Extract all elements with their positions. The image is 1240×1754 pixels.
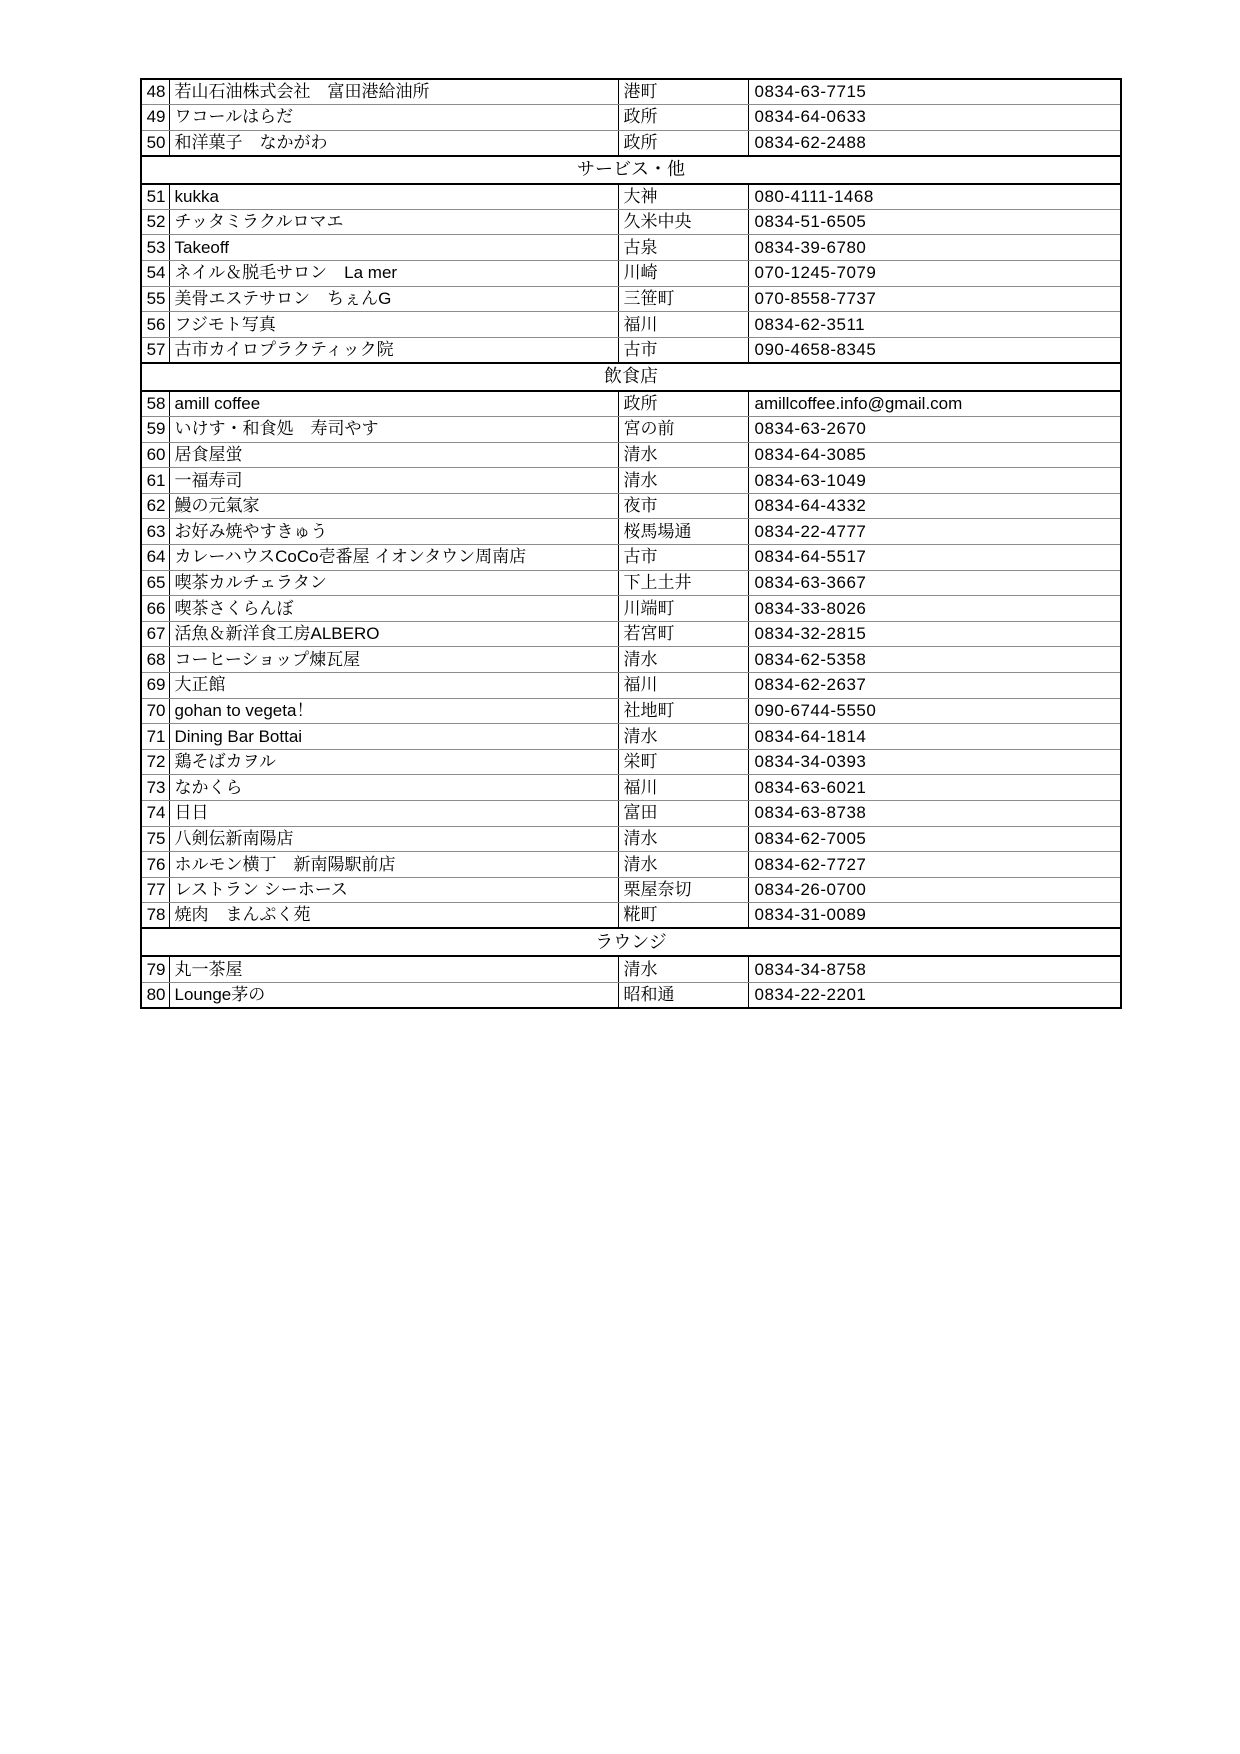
contact-cell: 0834-34-8758 [748,956,1121,982]
business-name-cell: 八剣伝新南陽店 [169,826,618,852]
section-header-label: ラウンジ [141,928,1121,956]
contact-cell: 0834-62-2637 [748,672,1121,698]
contact-cell: 0834-63-6021 [748,775,1121,801]
business-name-cell: 美骨エステサロン ちぇんG [169,286,618,312]
contact-cell: 0834-62-3511 [748,312,1121,338]
table-row: 65喫茶カルチェラタン下上土井0834-63-3667 [141,570,1121,596]
district-cell: 川崎 [618,261,748,287]
row-number-cell: 70 [141,698,169,724]
row-number-cell: 53 [141,235,169,261]
table-row: 75八剣伝新南陽店清水0834-62-7005 [141,826,1121,852]
table-row: 61一福寿司清水0834-63-1049 [141,468,1121,494]
contact-cell: 0834-63-1049 [748,468,1121,494]
row-number-cell: 57 [141,337,169,363]
row-number-cell: 69 [141,672,169,698]
row-number-cell: 80 [141,982,169,1008]
business-name-cell: チッタミラクルロマエ [169,209,618,235]
contact-cell: 090-6744-5550 [748,698,1121,724]
row-number-cell: 52 [141,209,169,235]
contact-cell: 0834-32-2815 [748,621,1121,647]
table-row: 52チッタミラクルロマエ久米中央0834-51-6505 [141,209,1121,235]
contact-cell: 0834-33-8026 [748,596,1121,622]
section-header-row: サービス・他 [141,156,1121,184]
business-name-cell: Lounge茅の [169,982,618,1008]
table-row: 50和洋菓子 なかがわ政所0834-62-2488 [141,130,1121,156]
business-name-cell: 一福寿司 [169,468,618,494]
contact-cell: 0834-62-7727 [748,852,1121,878]
district-cell: 政所 [618,130,748,156]
district-cell: 若宮町 [618,621,748,647]
contact-cell: 0834-63-7715 [748,79,1121,105]
row-number-cell: 65 [141,570,169,596]
district-cell: 大神 [618,184,748,210]
business-name-cell: フジモト写真 [169,312,618,338]
section-header-row: ラウンジ [141,928,1121,956]
row-number-cell: 49 [141,105,169,131]
business-name-cell: いけす・和食処 寿司やす [169,417,618,443]
document-page: 48若山石油株式会社 富田港給油所港町0834-63-771549ワコールはらだ… [0,0,1240,1754]
section-header-label: 飲食店 [141,363,1121,391]
district-cell: 福川 [618,672,748,698]
section-header-label: サービス・他 [141,156,1121,184]
district-cell: 富田 [618,800,748,826]
table-row: 67活魚＆新洋食工房ALBERO若宮町0834-32-2815 [141,621,1121,647]
row-number-cell: 77 [141,877,169,903]
contact-cell: 0834-63-2670 [748,417,1121,443]
business-name-cell: カレーハウスCoCo壱番屋 イオンタウン周南店 [169,545,618,571]
district-cell: 政所 [618,391,748,417]
table-row: 57古市カイロプラクティック院古市090-4658-8345 [141,337,1121,363]
table-row: 79丸一茶屋清水0834-34-8758 [141,956,1121,982]
business-name-cell: Dining Bar Bottai [169,724,618,750]
district-cell: 糀町 [618,903,748,929]
row-number-cell: 75 [141,826,169,852]
row-number-cell: 58 [141,391,169,417]
table-row: 53Takeoff古泉0834-39-6780 [141,235,1121,261]
district-cell: 清水 [618,852,748,878]
contact-cell: 070-1245-7079 [748,261,1121,287]
row-number-cell: 51 [141,184,169,210]
table-row: 54ネイル＆脱毛サロン La mer川崎070-1245-7079 [141,261,1121,287]
table-row: 74日日富田0834-63-8738 [141,800,1121,826]
row-number-cell: 60 [141,442,169,468]
business-name-cell: 喫茶カルチェラタン [169,570,618,596]
row-number-cell: 79 [141,956,169,982]
table-row: 62鰻の元氣家夜市0834-64-4332 [141,493,1121,519]
contact-cell: 0834-64-0633 [748,105,1121,131]
table-row: 58amill coffee政所amillcoffee.info@gmail.c… [141,391,1121,417]
business-name-cell: なかくら [169,775,618,801]
row-number-cell: 48 [141,79,169,105]
district-cell: 古市 [618,545,748,571]
district-cell: 下上土井 [618,570,748,596]
district-cell: 古市 [618,337,748,363]
business-name-cell: ワコールはらだ [169,105,618,131]
district-cell: 栗屋奈切 [618,877,748,903]
table-row: 59いけす・和食処 寿司やす宮の前0834-63-2670 [141,417,1121,443]
row-number-cell: 72 [141,749,169,775]
row-number-cell: 61 [141,468,169,494]
contact-cell: 0834-22-2201 [748,982,1121,1008]
table-row: 70gohan to vegeta！社地町090-6744-5550 [141,698,1121,724]
table-row: 66喫茶さくらんぼ川端町0834-33-8026 [141,596,1121,622]
district-cell: 港町 [618,79,748,105]
directory-table-body: 48若山石油株式会社 富田港給油所港町0834-63-771549ワコールはらだ… [141,79,1121,1008]
business-name-cell: お好み焼やすきゅう [169,519,618,545]
contact-cell: 0834-64-4332 [748,493,1121,519]
table-row: 71Dining Bar Bottai清水0834-64-1814 [141,724,1121,750]
row-number-cell: 76 [141,852,169,878]
contact-cell: 070-8558-7737 [748,286,1121,312]
business-name-cell: 若山石油株式会社 富田港給油所 [169,79,618,105]
table-row: 51kukka大神080-4111-1468 [141,184,1121,210]
row-number-cell: 54 [141,261,169,287]
business-name-cell: ホルモン横丁 新南陽駅前店 [169,852,618,878]
business-name-cell: 焼肉 まんぷく苑 [169,903,618,929]
table-row: 55美骨エステサロン ちぇんG三笹町070-8558-7737 [141,286,1121,312]
table-row: 64カレーハウスCoCo壱番屋 イオンタウン周南店古市0834-64-5517 [141,545,1121,571]
row-number-cell: 78 [141,903,169,929]
district-cell: 古泉 [618,235,748,261]
row-number-cell: 62 [141,493,169,519]
district-cell: 夜市 [618,493,748,519]
contact-cell: 0834-22-4777 [748,519,1121,545]
district-cell: 川端町 [618,596,748,622]
row-number-cell: 71 [141,724,169,750]
contact-cell: 0834-64-3085 [748,442,1121,468]
business-name-cell: 大正館 [169,672,618,698]
contact-cell: 0834-62-2488 [748,130,1121,156]
row-number-cell: 56 [141,312,169,338]
district-cell: 清水 [618,956,748,982]
district-cell: 栄町 [618,749,748,775]
business-name-cell: 喫茶さくらんぼ [169,596,618,622]
contact-cell: 090-4658-8345 [748,337,1121,363]
business-name-cell: 居食屋蛍 [169,442,618,468]
district-cell: 三笹町 [618,286,748,312]
table-row: 77レストラン シーホース栗屋奈切0834-26-0700 [141,877,1121,903]
business-name-cell: 和洋菓子 なかがわ [169,130,618,156]
business-name-cell: 鶏そばカヲル [169,749,618,775]
district-cell: 政所 [618,105,748,131]
row-number-cell: 50 [141,130,169,156]
business-name-cell: 活魚＆新洋食工房ALBERO [169,621,618,647]
contact-cell: 0834-64-1814 [748,724,1121,750]
district-cell: 社地町 [618,698,748,724]
table-row: 63お好み焼やすきゅう桜馬場通0834-22-4777 [141,519,1121,545]
business-name-cell: gohan to vegeta！ [169,698,618,724]
business-name-cell: 日日 [169,800,618,826]
district-cell: 福川 [618,312,748,338]
contact-cell: 0834-62-5358 [748,647,1121,673]
business-name-cell: kukka [169,184,618,210]
contact-cell: 0834-34-0393 [748,749,1121,775]
business-name-cell: コーヒーショップ煉瓦屋 [169,647,618,673]
business-directory-table: 48若山石油株式会社 富田港給油所港町0834-63-771549ワコールはらだ… [140,78,1122,1009]
district-cell: 久米中央 [618,209,748,235]
row-number-cell: 68 [141,647,169,673]
table-row: 49ワコールはらだ政所0834-64-0633 [141,105,1121,131]
row-number-cell: 73 [141,775,169,801]
business-name-cell: 丸一茶屋 [169,956,618,982]
section-header-row: 飲食店 [141,363,1121,391]
table-row: 56フジモト写真福川0834-62-3511 [141,312,1121,338]
table-row: 68コーヒーショップ煉瓦屋清水0834-62-5358 [141,647,1121,673]
district-cell: 福川 [618,775,748,801]
district-cell: 清水 [618,724,748,750]
row-number-cell: 74 [141,800,169,826]
contact-cell: 0834-63-8738 [748,800,1121,826]
contact-cell: 0834-64-5517 [748,545,1121,571]
district-cell: 清水 [618,468,748,494]
row-number-cell: 67 [141,621,169,647]
table-row: 76ホルモン横丁 新南陽駅前店清水0834-62-7727 [141,852,1121,878]
table-row: 78焼肉 まんぷく苑糀町0834-31-0089 [141,903,1121,929]
business-name-cell: amill coffee [169,391,618,417]
row-number-cell: 64 [141,545,169,571]
business-name-cell: Takeoff [169,235,618,261]
table-row: 80Lounge茅の昭和通0834-22-2201 [141,982,1121,1008]
contact-cell: 0834-62-7005 [748,826,1121,852]
district-cell: 清水 [618,442,748,468]
district-cell: 桜馬場通 [618,519,748,545]
row-number-cell: 59 [141,417,169,443]
contact-cell: 0834-31-0089 [748,903,1121,929]
contact-cell: 0834-26-0700 [748,877,1121,903]
district-cell: 清水 [618,647,748,673]
table-row: 48若山石油株式会社 富田港給油所港町0834-63-7715 [141,79,1121,105]
contact-cell: 0834-63-3667 [748,570,1121,596]
row-number-cell: 55 [141,286,169,312]
row-number-cell: 63 [141,519,169,545]
table-row: 72鶏そばカヲル栄町0834-34-0393 [141,749,1121,775]
business-name-cell: レストラン シーホース [169,877,618,903]
contact-cell: 0834-39-6780 [748,235,1121,261]
district-cell: 宮の前 [618,417,748,443]
row-number-cell: 66 [141,596,169,622]
contact-cell: 080-4111-1468 [748,184,1121,210]
district-cell: 昭和通 [618,982,748,1008]
table-row: 60居食屋蛍清水0834-64-3085 [141,442,1121,468]
contact-cell: 0834-51-6505 [748,209,1121,235]
district-cell: 清水 [618,826,748,852]
business-name-cell: 古市カイロプラクティック院 [169,337,618,363]
business-name-cell: ネイル＆脱毛サロン La mer [169,261,618,287]
business-name-cell: 鰻の元氣家 [169,493,618,519]
table-row: 73なかくら福川0834-63-6021 [141,775,1121,801]
contact-cell: amillcoffee.info@gmail.com [748,391,1121,417]
table-row: 69大正館福川0834-62-2637 [141,672,1121,698]
